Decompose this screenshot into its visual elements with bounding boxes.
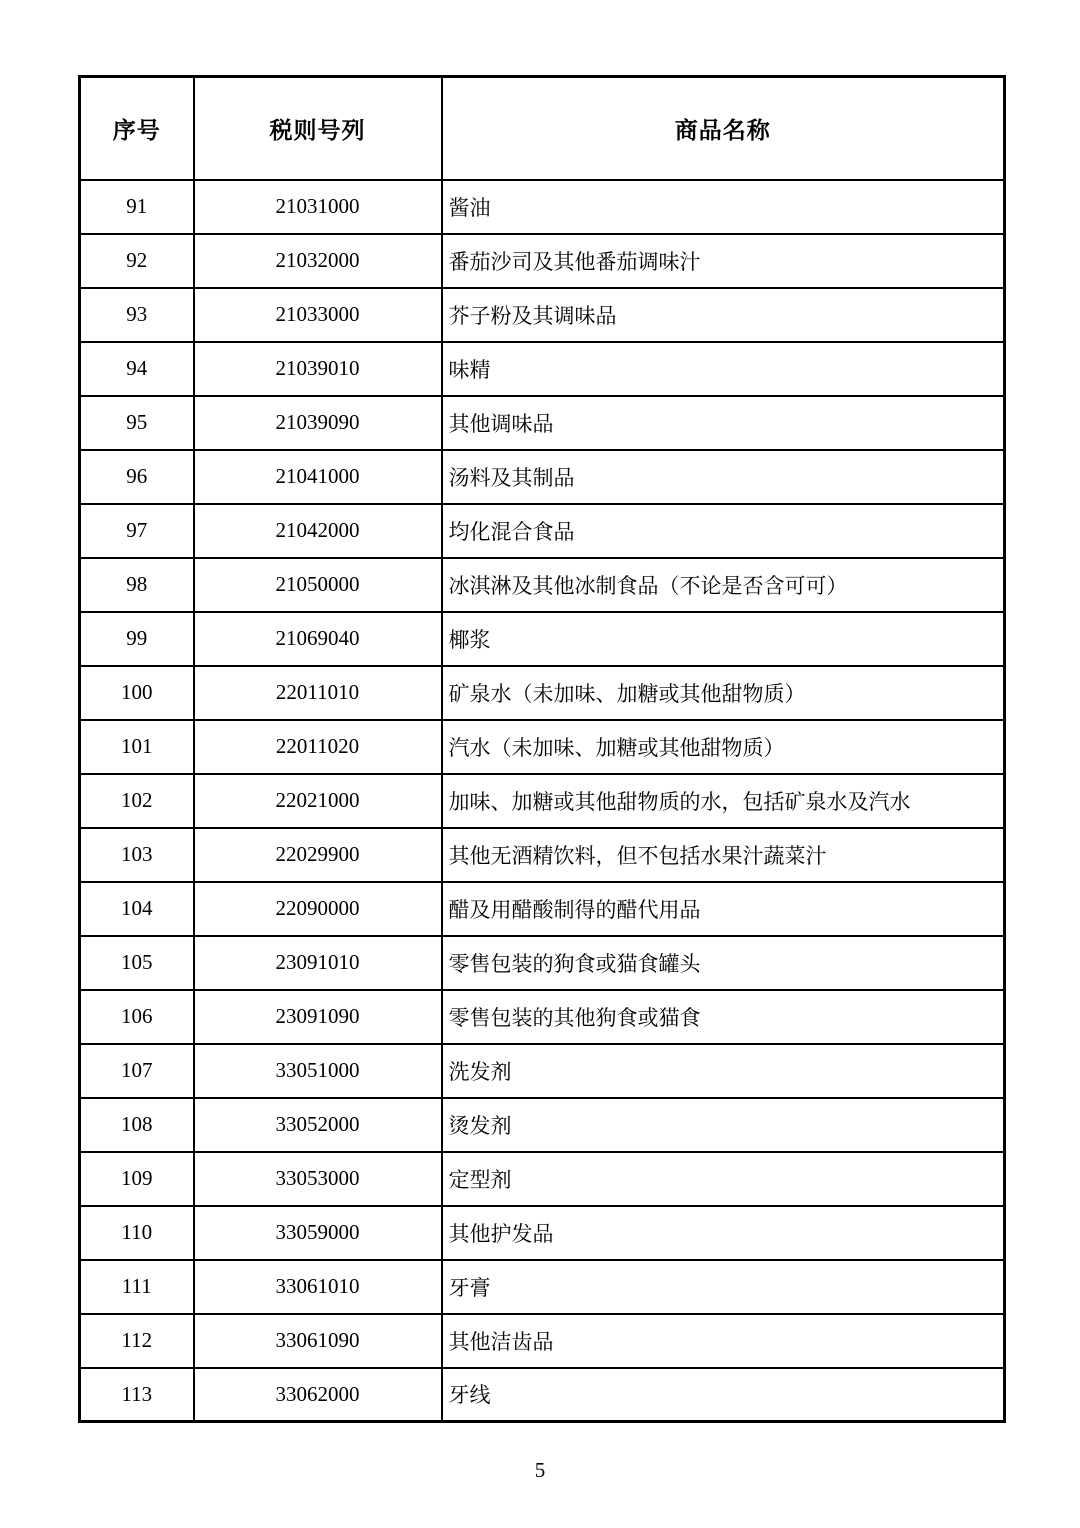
tariff-code-cell: 33051000 bbox=[194, 1044, 442, 1098]
product-name-cell: 零售包装的其他狗食或猫食 bbox=[442, 990, 1005, 1044]
serial-number-cell: 93 bbox=[80, 288, 194, 342]
column-header-product-name: 商品名称 bbox=[442, 77, 1005, 180]
serial-number-cell: 95 bbox=[80, 396, 194, 450]
table-row: 10833052000烫发剂 bbox=[80, 1098, 1005, 1152]
product-name-cell: 零售包装的狗食或猫食罐头 bbox=[442, 936, 1005, 990]
column-header-index: 序号 bbox=[80, 77, 194, 180]
product-name-cell: 汽水（未加味、加糖或其他甜物质） bbox=[442, 720, 1005, 774]
product-name-cell: 芥子粉及其调味品 bbox=[442, 288, 1005, 342]
table-row: 10022011010矿泉水（未加味、加糖或其他甜物质） bbox=[80, 666, 1005, 720]
product-name-cell: 牙线 bbox=[442, 1368, 1005, 1422]
serial-number-cell: 106 bbox=[80, 990, 194, 1044]
product-name-cell: 其他无酒精饮料，但不包括水果汁蔬菜汁 bbox=[442, 828, 1005, 882]
product-name-cell: 洗发剂 bbox=[442, 1044, 1005, 1098]
tariff-code-cell: 23091010 bbox=[194, 936, 442, 990]
table-row: 9421039010味精 bbox=[80, 342, 1005, 396]
serial-number-cell: 111 bbox=[80, 1260, 194, 1314]
table-row: 11333062000牙线 bbox=[80, 1368, 1005, 1422]
serial-number-cell: 104 bbox=[80, 882, 194, 936]
tariff-code-cell: 22021000 bbox=[194, 774, 442, 828]
product-name-cell: 椰浆 bbox=[442, 612, 1005, 666]
serial-number-cell: 105 bbox=[80, 936, 194, 990]
tariff-code-cell: 21041000 bbox=[194, 450, 442, 504]
tariff-code-cell: 22011010 bbox=[194, 666, 442, 720]
table-row: 10422090000醋及用醋酸制得的醋代用品 bbox=[80, 882, 1005, 936]
tariff-code-cell: 21032000 bbox=[194, 234, 442, 288]
serial-number-cell: 94 bbox=[80, 342, 194, 396]
product-name-cell: 汤料及其制品 bbox=[442, 450, 1005, 504]
product-name-cell: 味精 bbox=[442, 342, 1005, 396]
serial-number-cell: 103 bbox=[80, 828, 194, 882]
product-name-cell: 均化混合食品 bbox=[442, 504, 1005, 558]
product-name-cell: 其他护发品 bbox=[442, 1206, 1005, 1260]
serial-number-cell: 98 bbox=[80, 558, 194, 612]
serial-number-cell: 99 bbox=[80, 612, 194, 666]
serial-number-cell: 109 bbox=[80, 1152, 194, 1206]
tariff-code-cell: 33062000 bbox=[194, 1368, 442, 1422]
table-row: 10222021000加味、加糖或其他甜物质的水，包括矿泉水及汽水 bbox=[80, 774, 1005, 828]
serial-number-cell: 110 bbox=[80, 1206, 194, 1260]
product-name-cell: 烫发剂 bbox=[442, 1098, 1005, 1152]
serial-number-cell: 112 bbox=[80, 1314, 194, 1368]
table-row: 9221032000番茄沙司及其他番茄调味汁 bbox=[80, 234, 1005, 288]
product-name-cell: 冰淇淋及其他冰制食品（不论是否含可可） bbox=[442, 558, 1005, 612]
tariff-code-cell: 21031000 bbox=[194, 180, 442, 234]
product-name-cell: 矿泉水（未加味、加糖或其他甜物质） bbox=[442, 666, 1005, 720]
tariff-code-cell: 22090000 bbox=[194, 882, 442, 936]
serial-number-cell: 107 bbox=[80, 1044, 194, 1098]
table-row: 11133061010牙膏 bbox=[80, 1260, 1005, 1314]
table-row: 9721042000均化混合食品 bbox=[80, 504, 1005, 558]
product-name-cell: 番茄沙司及其他番茄调味汁 bbox=[442, 234, 1005, 288]
table-row: 10322029900其他无酒精饮料，但不包括水果汁蔬菜汁 bbox=[80, 828, 1005, 882]
product-name-cell: 醋及用醋酸制得的醋代用品 bbox=[442, 882, 1005, 936]
tariff-code-cell: 22029900 bbox=[194, 828, 442, 882]
table-row: 9121031000酱油 bbox=[80, 180, 1005, 234]
serial-number-cell: 97 bbox=[80, 504, 194, 558]
table-row: 10933053000定型剂 bbox=[80, 1152, 1005, 1206]
product-name-cell: 定型剂 bbox=[442, 1152, 1005, 1206]
product-name-cell: 其他洁齿品 bbox=[442, 1314, 1005, 1368]
tariff-table: 序号 税则号列 商品名称 9121031000酱油9221032000番茄沙司及… bbox=[78, 75, 1006, 1423]
tariff-code-cell: 21042000 bbox=[194, 504, 442, 558]
product-name-cell: 其他调味品 bbox=[442, 396, 1005, 450]
tariff-code-cell: 33061090 bbox=[194, 1314, 442, 1368]
table-header-row: 序号 税则号列 商品名称 bbox=[80, 77, 1005, 180]
serial-number-cell: 92 bbox=[80, 234, 194, 288]
serial-number-cell: 113 bbox=[80, 1368, 194, 1422]
tariff-code-cell: 21050000 bbox=[194, 558, 442, 612]
table-row: 11033059000其他护发品 bbox=[80, 1206, 1005, 1260]
table-row: 9921069040椰浆 bbox=[80, 612, 1005, 666]
table-row: 10733051000洗发剂 bbox=[80, 1044, 1005, 1098]
product-name-cell: 牙膏 bbox=[442, 1260, 1005, 1314]
tariff-code-cell: 23091090 bbox=[194, 990, 442, 1044]
tariff-code-cell: 21069040 bbox=[194, 612, 442, 666]
tariff-code-cell: 21039090 bbox=[194, 396, 442, 450]
product-name-cell: 酱油 bbox=[442, 180, 1005, 234]
serial-number-cell: 91 bbox=[80, 180, 194, 234]
column-header-tariff-code: 税则号列 bbox=[194, 77, 442, 180]
page-number: 5 bbox=[0, 1458, 1080, 1483]
tariff-code-cell: 33053000 bbox=[194, 1152, 442, 1206]
table-row: 10523091010零售包装的狗食或猫食罐头 bbox=[80, 936, 1005, 990]
tariff-code-cell: 21033000 bbox=[194, 288, 442, 342]
table-row: 10122011020汽水（未加味、加糖或其他甜物质） bbox=[80, 720, 1005, 774]
product-name-cell: 加味、加糖或其他甜物质的水，包括矿泉水及汽水 bbox=[442, 774, 1005, 828]
tariff-code-cell: 33061010 bbox=[194, 1260, 442, 1314]
tariff-code-cell: 33052000 bbox=[194, 1098, 442, 1152]
table-row: 11233061090其他洁齿品 bbox=[80, 1314, 1005, 1368]
tariff-code-cell: 33059000 bbox=[194, 1206, 442, 1260]
serial-number-cell: 96 bbox=[80, 450, 194, 504]
serial-number-cell: 102 bbox=[80, 774, 194, 828]
table-row: 10623091090零售包装的其他狗食或猫食 bbox=[80, 990, 1005, 1044]
document-page: 序号 税则号列 商品名称 9121031000酱油9221032000番茄沙司及… bbox=[0, 0, 1080, 1528]
table-row: 9321033000芥子粉及其调味品 bbox=[80, 288, 1005, 342]
tariff-code-cell: 21039010 bbox=[194, 342, 442, 396]
tariff-code-cell: 22011020 bbox=[194, 720, 442, 774]
serial-number-cell: 108 bbox=[80, 1098, 194, 1152]
table-row: 9821050000冰淇淋及其他冰制食品（不论是否含可可） bbox=[80, 558, 1005, 612]
table-row: 9521039090其他调味品 bbox=[80, 396, 1005, 450]
serial-number-cell: 101 bbox=[80, 720, 194, 774]
table-row: 9621041000汤料及其制品 bbox=[80, 450, 1005, 504]
serial-number-cell: 100 bbox=[80, 666, 194, 720]
